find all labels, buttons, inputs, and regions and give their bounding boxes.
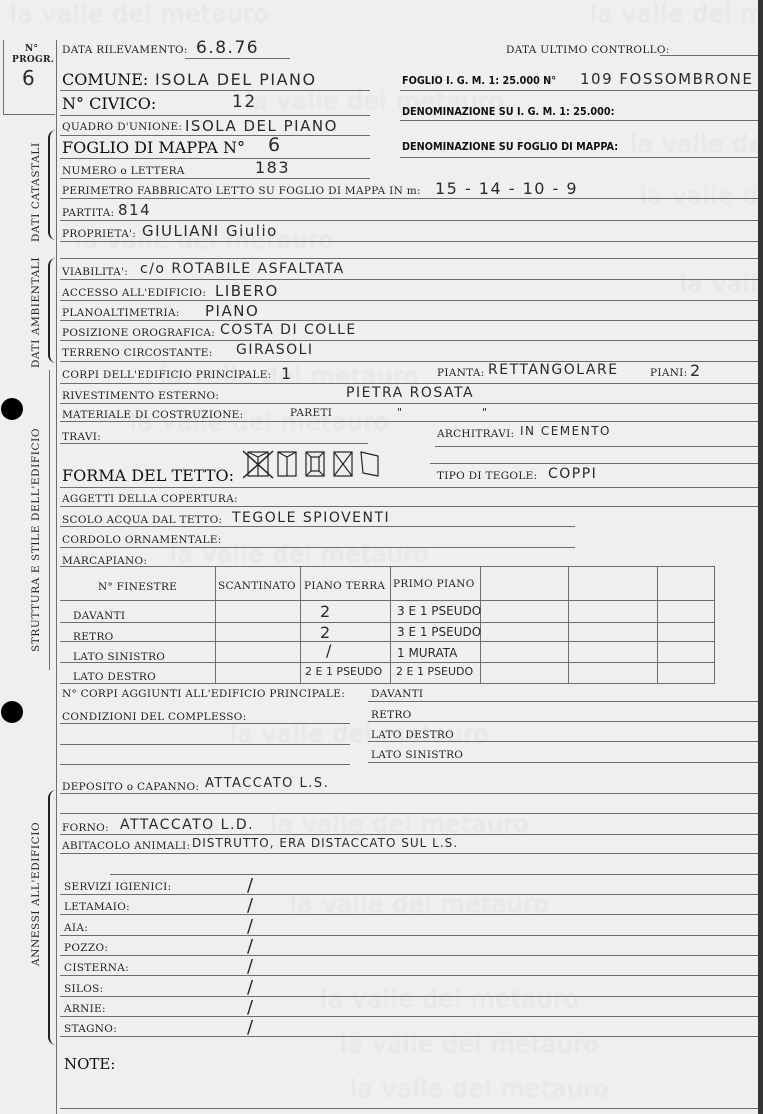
progr-label: PROGR. bbox=[12, 55, 54, 65]
condizioni-label: CONDIZIONI DEL COMPLESSO: bbox=[62, 711, 246, 723]
forma-tetto-label: FORMA DEL TETTO: bbox=[62, 466, 234, 485]
corpi-aggiunti-side: DAVANTI bbox=[371, 688, 423, 700]
roof-hip-icon[interactable] bbox=[306, 452, 324, 476]
materiale-value-1: " bbox=[397, 406, 404, 419]
terreno-value: GIRASOLI bbox=[236, 342, 314, 358]
section-label: DATI CATASTALI bbox=[30, 142, 42, 242]
table-cell: 2 E 1 PSEUDO bbox=[396, 665, 473, 678]
foglio-mappa-value: 6 bbox=[268, 134, 282, 156]
comune-value: ISOLA DEL PIANO bbox=[155, 70, 317, 89]
annesso-value: / bbox=[247, 895, 255, 916]
table-row-label: RETRO bbox=[73, 631, 114, 643]
table-cell: 2 bbox=[320, 623, 332, 642]
deposito-value: ATTACCATO L.S. bbox=[205, 776, 329, 791]
abitacolo-value: DISTRUTTO, ERA DISTACCATO SUL L.S. bbox=[192, 836, 458, 850]
foglio-igm-label: FOGLIO I. G. M. 1: 25.000 N° bbox=[402, 74, 556, 87]
planoaltimetria-label: PLANOALTIMETRIA: bbox=[62, 307, 180, 319]
denominazione-igm-label: DENOMINAZIONE SU I. G. M. 1: 25.000: bbox=[402, 105, 614, 118]
table-header: SCANTINATO bbox=[218, 580, 296, 592]
data-rilevamento-label: DATA RILEVAMENTO: bbox=[62, 44, 188, 56]
table-header: N° FINESTRE bbox=[98, 581, 177, 593]
roof-pyramid-icon[interactable] bbox=[334, 452, 352, 476]
annesso-label: POZZO: bbox=[64, 942, 108, 954]
annesso-label: STAGNO: bbox=[64, 1023, 117, 1035]
watermark: la valle del metauro bbox=[10, 0, 269, 28]
table-row-label: LATO SINISTRO bbox=[73, 651, 165, 663]
forno-value: ATTACCATO L.D. bbox=[120, 817, 254, 833]
materiale-sublabel: PARETI bbox=[290, 407, 332, 419]
perimetro-value: 15 - 14 - 10 - 9 bbox=[435, 179, 578, 198]
piani-value: 2 bbox=[690, 361, 702, 380]
corpi-label: CORPI DELL'EDIFICIO PRINCIPALE: bbox=[62, 369, 271, 381]
quadro-unione-label: QUADRO D'UNIONE: bbox=[62, 121, 182, 133]
architravi-label: ARCHITRAVI: bbox=[437, 428, 514, 440]
annesso-label: LETAMAIO: bbox=[64, 901, 130, 913]
deposito-label: DEPOSITO o CAPANNO: bbox=[62, 781, 199, 793]
table-row-label: LATO DESTRO bbox=[73, 671, 156, 683]
watermark: la valle del metauro bbox=[590, 0, 763, 28]
foglio-mappa-label: FOGLIO DI MAPPA N° bbox=[62, 138, 245, 157]
watermark: la valle del metauro bbox=[630, 130, 763, 158]
posizione-value: COSTA DI COLLE bbox=[220, 322, 357, 338]
table-row-label: DAVANTI bbox=[73, 610, 125, 622]
roof-gable-icon[interactable] bbox=[278, 452, 296, 476]
quadro-unione-value: ISOLA DEL PIANO bbox=[185, 117, 338, 135]
numero-lettera-value: 183 bbox=[255, 158, 290, 177]
watermark: la valle del metauro bbox=[350, 1075, 609, 1103]
progr-value: 6 bbox=[22, 66, 36, 90]
accesso-label: ACCESSO ALL'EDIFICIO: bbox=[62, 287, 206, 299]
corpi-value: 1 bbox=[281, 364, 293, 383]
posizione-label: POSIZIONE OROGRAFICA: bbox=[62, 327, 215, 339]
travi-label: TRAVI: bbox=[62, 431, 101, 443]
table-cell: 1 MURATA bbox=[397, 646, 457, 660]
tipo-tegole-label: TIPO DI TEGOLE: bbox=[437, 470, 537, 482]
numero-lettera-label: NUMERO o LETTERA bbox=[62, 165, 185, 177]
punch-hole bbox=[1, 398, 23, 420]
brace bbox=[48, 258, 56, 363]
corpi-aggiunti-side: LATO DESTRO bbox=[371, 729, 454, 741]
table-header: PIANO TERRA bbox=[304, 580, 385, 592]
civico-value: 12 bbox=[232, 92, 257, 112]
foglio-igm-value: 109 FOSSOMBRONE bbox=[580, 70, 753, 88]
rivestimento-label: RIVESTIMENTO ESTERNO: bbox=[62, 390, 219, 402]
civico-label: N° CIVICO: bbox=[62, 94, 156, 113]
watermark: la valle del metauro bbox=[340, 1030, 599, 1058]
punch-hole bbox=[1, 701, 23, 723]
materiale-label: MATERIALE DI COSTRUZIONE: bbox=[62, 409, 243, 421]
progr-label: N° bbox=[25, 44, 38, 54]
data-ultimo-controllo-label: DATA ULTIMO CONTROLLO: bbox=[506, 44, 670, 56]
note-label: NOTE: bbox=[64, 1055, 115, 1073]
tipo-tegole-value: COPPI bbox=[548, 466, 597, 482]
annesso-label: ARNIE: bbox=[64, 1003, 106, 1015]
brace bbox=[48, 130, 56, 240]
section-label: STRUTTURA E STILE DELL'EDIFICIO bbox=[30, 428, 42, 652]
proprieta-label: PROPRIETA': bbox=[62, 228, 136, 240]
annesso-value: / bbox=[247, 997, 255, 1018]
corpi-aggiunti-side: RETRO bbox=[371, 709, 412, 721]
roof-shape-selector[interactable] bbox=[243, 449, 383, 483]
planoaltimetria-value: PIANO bbox=[205, 302, 259, 320]
partita-value: 814 bbox=[118, 201, 151, 219]
section-label: ANNESSI ALL'EDIFICIO bbox=[30, 822, 42, 966]
corpi-aggiunti-side: LATO SINISTRO bbox=[371, 749, 463, 761]
annesso-label: CISTERNA: bbox=[64, 962, 129, 974]
brace bbox=[48, 790, 56, 1045]
terreno-label: TERRENO CIRCOSTANTE: bbox=[62, 347, 213, 359]
viabilita-value: c/o ROTABILE ASFALTATA bbox=[140, 261, 345, 277]
annesso-value: / bbox=[247, 977, 255, 998]
scolo-label: SCOLO ACQUA DAL TETTO: bbox=[62, 514, 222, 526]
cordolo-label: CORDOLO ORNAMENTALE: bbox=[62, 534, 222, 546]
abitacolo-label: ABITACOLO ANIMALI: bbox=[62, 840, 190, 852]
perimetro-label: PERIMETRO FABBRICATO LETTO SU FOGLIO DI … bbox=[62, 185, 421, 197]
annesso-value: / bbox=[247, 1017, 255, 1038]
forno-label: FORNO: bbox=[62, 822, 109, 834]
piani-label: PIANI: bbox=[650, 367, 687, 379]
annesso-value: / bbox=[247, 875, 255, 896]
proprieta-value: GIULIANI Giulio bbox=[142, 222, 278, 240]
roof-hip-crossed-icon[interactable] bbox=[243, 451, 273, 478]
table-cell: 2 E 1 PSEUDO bbox=[305, 665, 382, 678]
table-header: PRIMO PIANO bbox=[393, 578, 475, 590]
annesso-label: SERVIZI IGIENICI: bbox=[64, 881, 171, 893]
annesso-value: / bbox=[247, 936, 255, 957]
materiale-value-2: " bbox=[482, 406, 489, 419]
section-label: DATI AMBIENTALI bbox=[30, 257, 42, 368]
corpi-aggiunti-label: N° CORPI AGGIUNTI ALL'EDIFICIO PRINCIPAL… bbox=[62, 688, 345, 700]
table-cell: 3 E 1 PSEUDO bbox=[397, 625, 481, 639]
annesso-value: / bbox=[247, 916, 255, 937]
aggetti-label: AGGETTI DELLA COPERTURA: bbox=[62, 493, 238, 505]
partita-label: PARTITA: bbox=[62, 207, 115, 219]
scolo-value: TEGOLE SPIOVENTI bbox=[232, 510, 390, 526]
viabilita-label: VIABILITA': bbox=[62, 266, 128, 278]
table-cell: 2 bbox=[320, 602, 332, 621]
watermark: la valle del metauro bbox=[320, 985, 579, 1013]
pianta-value: RETTANGOLARE bbox=[488, 362, 619, 378]
denominazione-mappa-label: DENOMINAZIONE SU FOGLIO DI MAPPA: bbox=[402, 140, 618, 153]
page-edge bbox=[758, 0, 763, 1114]
roof-shed-icon[interactable] bbox=[361, 452, 378, 476]
table-cell: / bbox=[326, 641, 333, 660]
watermark: la valle del metauro bbox=[680, 270, 763, 298]
annesso-value: / bbox=[247, 956, 255, 977]
comune-label: COMUNE: bbox=[62, 70, 148, 89]
watermark: la valle del metauro bbox=[640, 182, 763, 210]
data-rilevamento-value: 6.8.76 bbox=[196, 38, 259, 58]
annesso-label: SILOS: bbox=[64, 983, 103, 995]
accesso-value: LIBERO bbox=[215, 282, 279, 300]
table-cell: 3 E 1 PSEUDO bbox=[397, 604, 481, 618]
annesso-label: AIA: bbox=[64, 922, 88, 934]
architravi-value: IN CEMENTO bbox=[520, 424, 611, 438]
rivestimento-value: PIETRA ROSATA bbox=[346, 385, 474, 401]
pianta-label: PIANTA: bbox=[437, 367, 485, 379]
